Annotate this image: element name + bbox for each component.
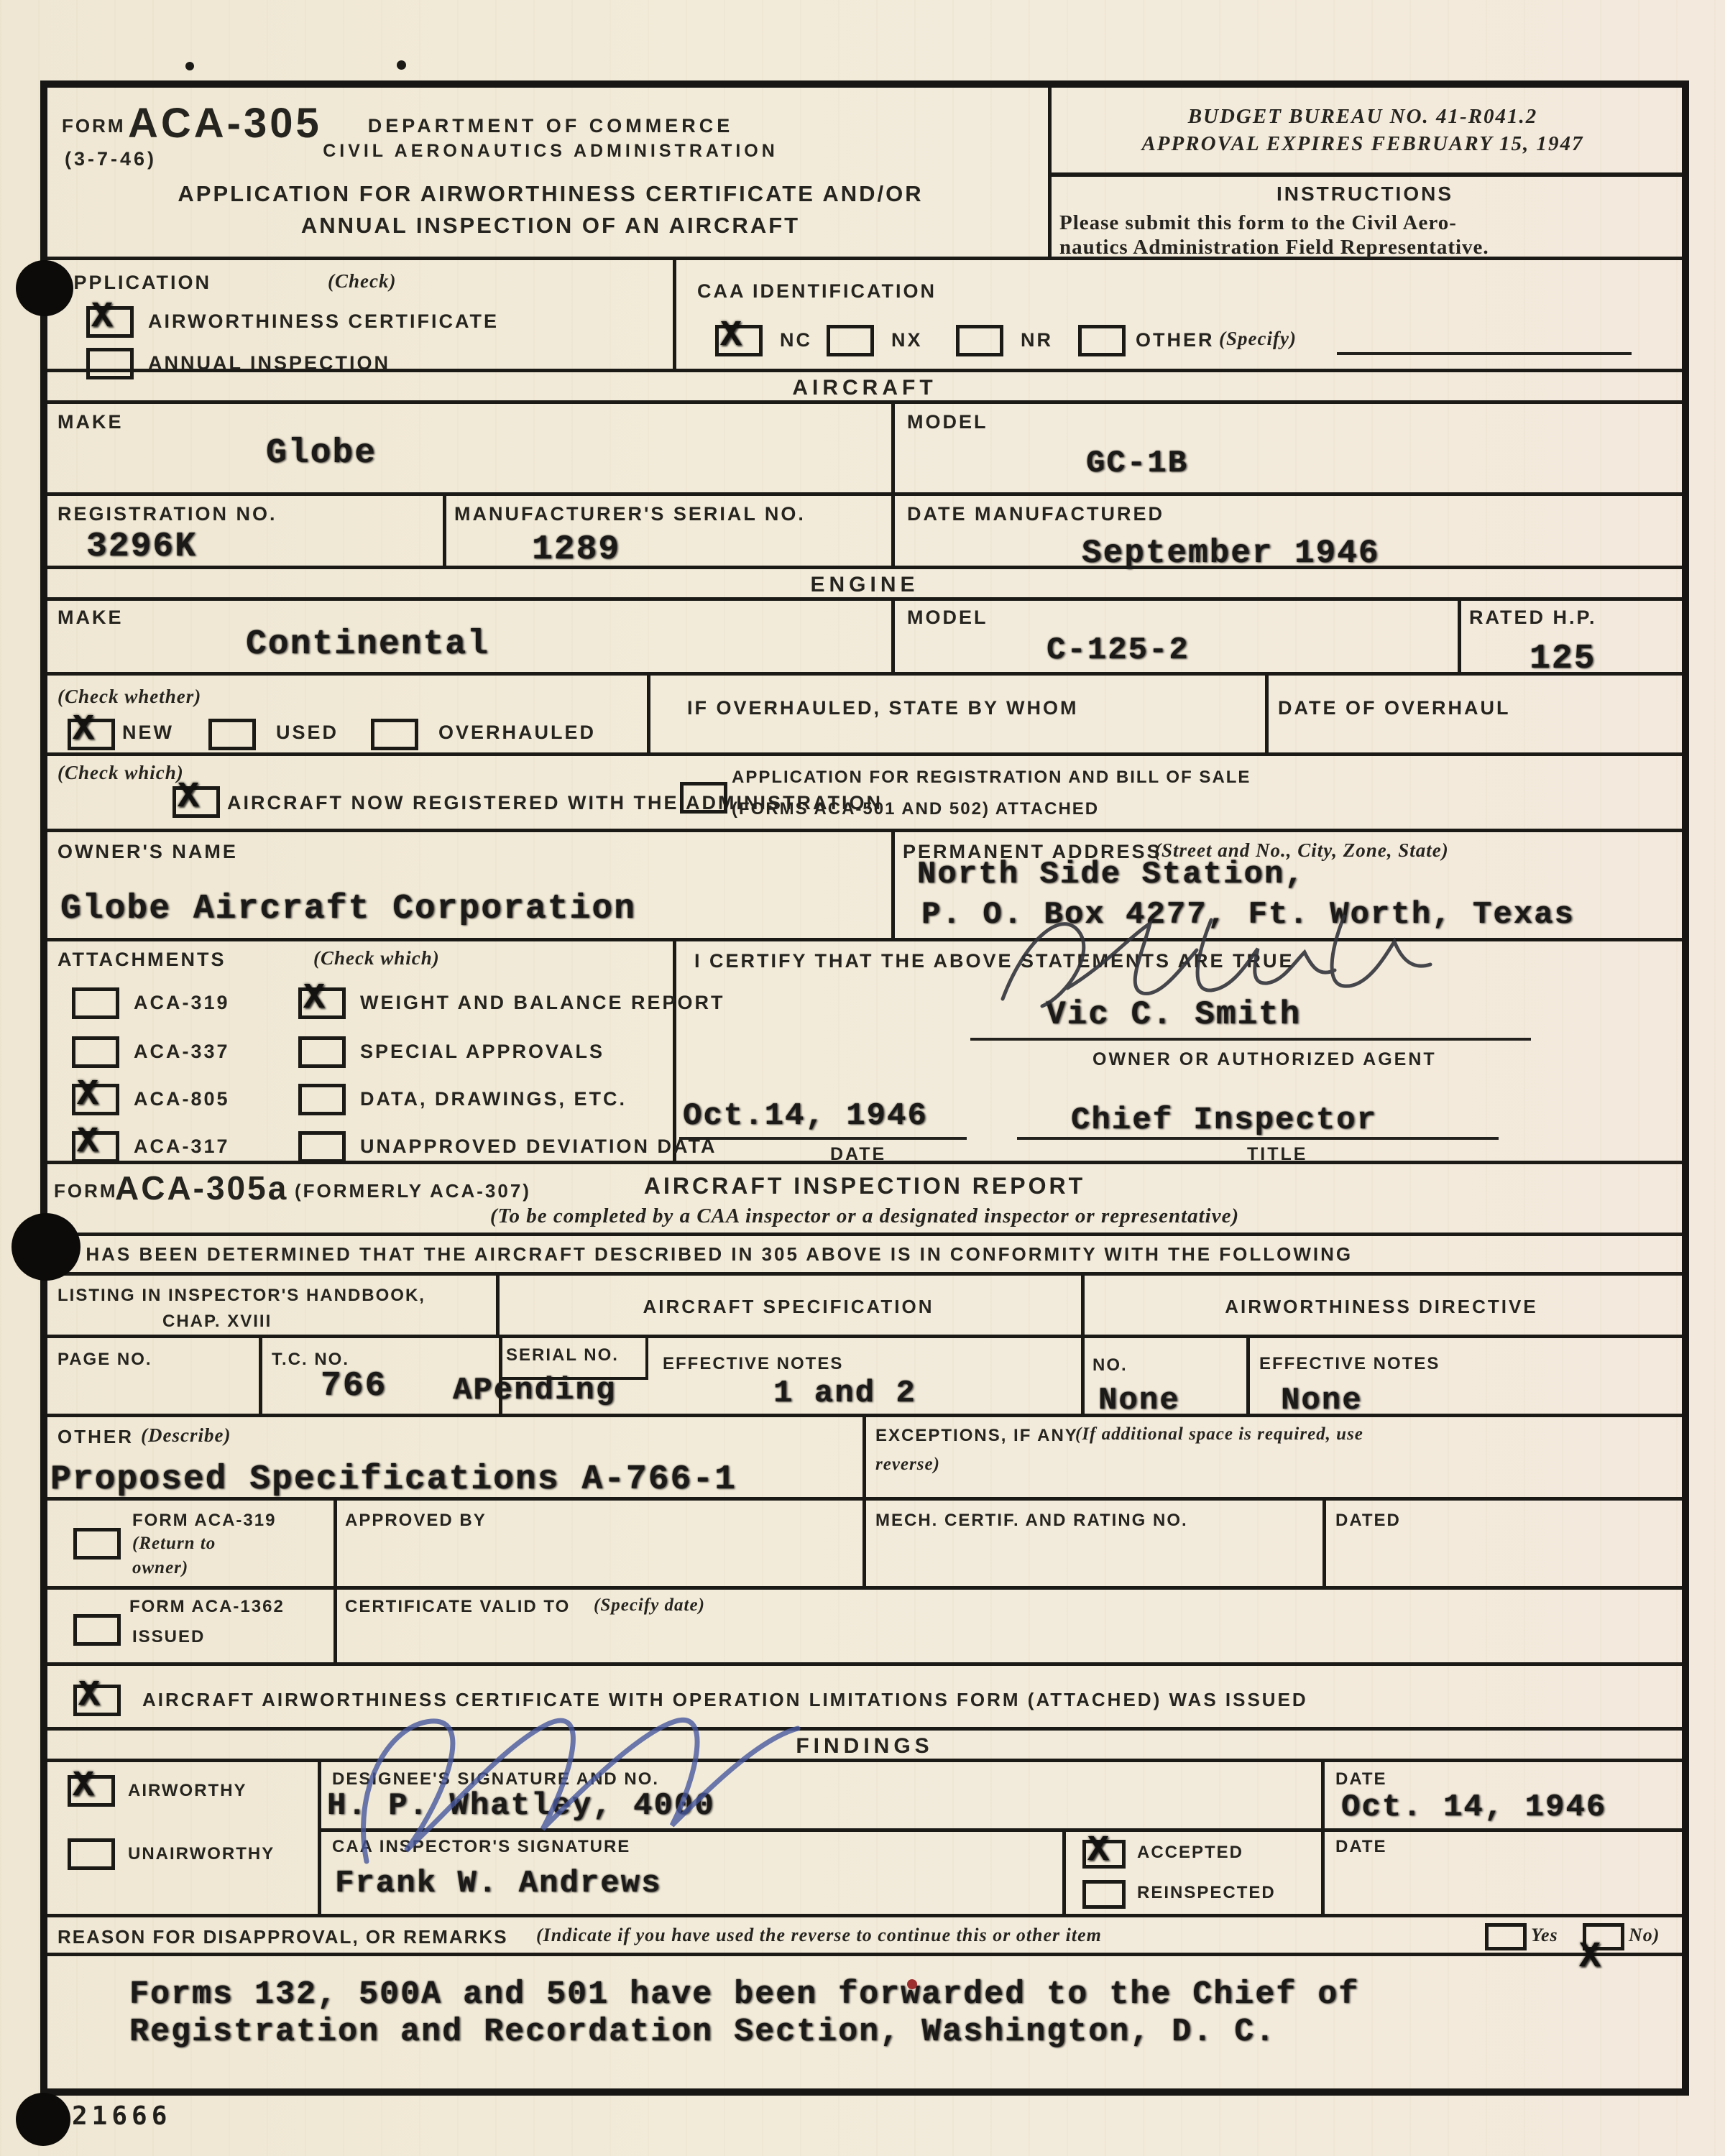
form-aca-1362-label: FORM ACA-1362 <box>129 1597 285 1617</box>
certificate-issued-label: AIRCRAFT AIRWORTHINESS CERTIFICATE WITH … <box>142 1689 1308 1711</box>
divider-line <box>1246 1338 1250 1414</box>
checkbox-special-approvals[interactable] <box>298 1036 346 1068</box>
remarks-line1: Forms 132, 500A and 501 have been forwar… <box>129 1976 1359 2013</box>
aircraft-registration-row: REGISTRATION NO. 3296K MANUFACTURER'S SE… <box>47 496 1682 569</box>
checkbox-form-aca-1362[interactable] <box>73 1614 121 1646</box>
header-row: FORM ACA-305 (3-7-46) DEPARTMENT OF COMM… <box>47 88 1682 260</box>
aca-319-label: ACA-319 <box>134 992 230 1014</box>
engine-make-value: Continental <box>246 625 489 664</box>
page-no-label: PAGE NO. <box>57 1350 152 1370</box>
engine-band-row: ENGINE <box>47 569 1682 601</box>
issued-label: ISSUED <box>132 1627 205 1647</box>
other-describe-label: OTHER <box>57 1426 134 1448</box>
checkbox-mark: X <box>73 709 94 750</box>
divider-line <box>318 1762 321 1914</box>
hole-punch <box>16 260 73 316</box>
remarks-label: REASON FOR DISAPPROVAL, OR REMARKS <box>57 1926 508 1948</box>
accepted-label: ACCEPTED <box>1137 1843 1243 1863</box>
attachments-label: ATTACHMENTS <box>57 949 226 971</box>
date-of-overhaul-label: DATE OF OVERHAUL <box>1278 697 1511 719</box>
application-note: (Check) <box>328 270 396 292</box>
owner-agent-label: OWNER OR AUTHORIZED AGENT <box>1092 1049 1437 1070</box>
directive-no-label: NO. <box>1092 1355 1128 1376</box>
certify-title-label: TITLE <box>1247 1144 1307 1165</box>
findings-date2-label: DATE <box>1335 1837 1387 1857</box>
ink-speck <box>185 62 194 70</box>
unairworthy-label: UNAIRWORTHY <box>128 1844 275 1864</box>
checkbox-bill-of-sale[interactable] <box>680 782 727 814</box>
caa-inspector-signature-value: Frank W. Andrews <box>335 1866 661 1902</box>
signature-line[interactable] <box>970 1038 1531 1041</box>
scanned-form-page: FORM ACA-305 (3-7-46) DEPARTMENT OF COMM… <box>0 0 1725 2156</box>
effective-notes-label: EFFECTIVE NOTES <box>663 1354 843 1374</box>
bill-of-sale-label-line2: (FORMS ACA-501 AND 502) ATTACHED <box>732 799 1099 819</box>
other-describe-note: (Describe) <box>141 1424 231 1447</box>
inspection-report-header-row: FORM ACA-305a (FORMERLY ACA-307) AIRCRAF… <box>47 1164 1682 1236</box>
hole-punch <box>11 1213 80 1281</box>
budget-bureau-no: BUDGET BUREAU NO. 41-R041.2 <box>1054 105 1672 129</box>
other-specify-note: (Specify) <box>1219 328 1297 350</box>
weight-balance-label: WEIGHT AND BALANCE REPORT <box>360 992 725 1014</box>
return-to-note-line1: (Return to <box>132 1534 216 1554</box>
hole-punch <box>16 2093 70 2146</box>
aca-805-label: ACA-805 <box>134 1088 230 1110</box>
reinspected-label: REINSPECTED <box>1137 1883 1276 1903</box>
specify-date-note: (Specify date) <box>594 1595 705 1616</box>
form-border: FORM ACA-305 (3-7-46) DEPARTMENT OF COMM… <box>40 80 1689 2096</box>
other-value: Proposed Specifications A-766-1 <box>50 1460 737 1499</box>
aircraft-make-value: Globe <box>266 434 377 473</box>
engine-model-label: MODEL <box>907 607 988 629</box>
certify-date-label: DATE <box>830 1144 886 1165</box>
listing-header-line1: LISTING IN INSPECTOR'S HANDBOOK, <box>57 1286 425 1306</box>
checkbox-nx[interactable] <box>827 325 874 356</box>
certify-date-value: Oct.14, 1946 <box>683 1098 928 1134</box>
other-row: OTHER (Describe) Proposed Specifications… <box>47 1417 1682 1501</box>
divider-line <box>891 496 895 566</box>
engine-model-value: C-125-2 <box>1046 632 1190 668</box>
certify-title-value: Chief Inspector <box>1071 1102 1377 1138</box>
aircraft-model-label: MODEL <box>907 411 988 433</box>
attachments-certify-row: ATTACHMENTS (Check which) ACA-319 ACA-33… <box>47 941 1682 1164</box>
owners-name-value: Globe Aircraft Corporation <box>60 890 636 929</box>
divider-line <box>891 601 895 672</box>
divider-line <box>333 1590 337 1662</box>
divider-line <box>1322 1501 1326 1586</box>
page-title-line1: APPLICATION FOR AIRWORTHINESS CERTIFICAT… <box>91 181 1011 207</box>
spec-values-row: SERIAL NO. PAGE NO. T.C. NO. 766 APendin… <box>47 1338 1682 1417</box>
data-drawings-label: DATA, DRAWINGS, ETC. <box>360 1088 627 1110</box>
findings-rows: X AIRWORTHY UNAIRWORTHY DESIGNEE'S SIGNA… <box>47 1762 1682 1917</box>
aircraft-model-value: GC-1B <box>1086 446 1188 482</box>
checkbox-nc[interactable]: X <box>715 325 763 356</box>
annual-inspection-label: ANNUAL INSPECTION <box>148 352 390 374</box>
title-line[interactable] <box>1017 1137 1499 1140</box>
divider-line <box>443 496 446 566</box>
check-whether-note: (Check whether) <box>57 686 201 708</box>
divider-line <box>318 1828 1682 1832</box>
divider-line <box>1062 1832 1066 1914</box>
checkbox-aca-317[interactable]: X <box>72 1131 119 1163</box>
checkbox-form-aca-319[interactable] <box>73 1528 121 1560</box>
divider-line <box>1081 1338 1085 1414</box>
manufacturers-serial-value: 1289 <box>532 530 620 569</box>
exceptions-label: EXCEPTIONS, IF ANY <box>875 1426 1078 1446</box>
checkbox-registered[interactable]: X <box>172 786 220 818</box>
rated-hp-label: RATED H.P. <box>1469 607 1597 629</box>
findings-date-label: DATE <box>1335 1769 1387 1789</box>
checkbox-unairworthy[interactable] <box>68 1838 115 1870</box>
date-manufactured-value: September 1946 <box>1082 535 1379 572</box>
aca-319-row: FORM ACA-319 (Return to owner) APPROVED … <box>47 1501 1682 1590</box>
determination-text: IT HAS BEEN DETERMINED THAT THE AIRCRAFT… <box>57 1243 1353 1266</box>
department-line: DEPARTMENT OF COMMERCE <box>263 115 838 137</box>
listing-header-line2: CHAP. XVIII <box>162 1312 272 1332</box>
effective-notes-value: 1 and 2 <box>773 1376 916 1411</box>
spec-serial-value: APending <box>453 1373 616 1409</box>
checkbox-mark: X <box>303 978 325 1019</box>
checkbox-mark: X <box>77 1074 98 1115</box>
designee-signature-label: DESIGNEE'S SIGNATURE AND NO. <box>332 1769 659 1789</box>
checkbox-remarks-no[interactable]: X <box>1583 1923 1624 1950</box>
aca-317-label: ACA-317 <box>134 1135 230 1158</box>
other-specify-line[interactable] <box>1337 352 1632 355</box>
checkbox-aca-319[interactable] <box>72 987 119 1019</box>
exceptions-note-line1: (If additional space is required, use <box>1075 1424 1363 1445</box>
checkbox-weight-balance[interactable]: X <box>298 987 346 1019</box>
checkbox-mark: X <box>720 315 742 356</box>
spec-header-row: LISTING IN INSPECTOR'S HANDBOOK, CHAP. X… <box>47 1276 1682 1338</box>
divider-line <box>862 1501 866 1586</box>
remarks-yes-label: Yes <box>1531 1925 1558 1946</box>
checkbox-other[interactable] <box>1078 325 1126 356</box>
owner-row: OWNER'S NAME Globe Aircraft Corporation … <box>47 832 1682 941</box>
divider-line <box>333 1501 337 1586</box>
aca-337-label: ACA-337 <box>134 1041 230 1063</box>
divider-line <box>673 260 676 369</box>
unapproved-deviation-label: UNAPPROVED DEVIATION DATA <box>360 1135 717 1158</box>
checkbox-mark: X <box>1087 1830 1109 1871</box>
form-number-label: FORM <box>62 115 126 137</box>
tc-no-value: 766 <box>321 1367 387 1406</box>
date-manufactured-label: DATE MANUFACTURED <box>907 503 1164 525</box>
engine-section-title: ENGINE <box>47 573 1682 597</box>
exceptions-note-line2: reverse) <box>875 1455 940 1475</box>
application-label: APPLICATION <box>57 272 211 294</box>
aircraft-make-label: MAKE <box>57 411 124 433</box>
remarks-note: (Indicate if you have used the reverse t… <box>536 1925 1102 1946</box>
checkbox-accepted[interactable]: X <box>1082 1840 1126 1869</box>
findings-section-title: FINDINGS <box>47 1734 1682 1759</box>
used-label: USED <box>276 722 339 744</box>
registration-no-label: REGISTRATION NO. <box>57 503 277 525</box>
form-revision: (3-7-46) <box>65 148 157 170</box>
divider-line <box>647 676 650 752</box>
divider-line <box>891 832 895 938</box>
owners-name-label: OWNER'S NAME <box>57 841 238 863</box>
form-aca-319-label: FORM ACA-319 <box>132 1511 276 1531</box>
nr-label: NR <box>1021 329 1053 351</box>
caa-inspector-signature-label: CAA INSPECTOR'S SIGNATURE <box>332 1837 630 1857</box>
checkbox-overhauled[interactable] <box>371 719 418 750</box>
certificate-issued-row: X AIRCRAFT AIRWORTHINESS CERTIFICATE WIT… <box>47 1666 1682 1731</box>
if-overhauled-label: IF OVERHAULED, STATE BY WHOM <box>687 697 1079 719</box>
checkbox-reinspected[interactable] <box>1082 1880 1126 1909</box>
checkbox-unapproved-deviation[interactable] <box>298 1131 346 1163</box>
certificate-valid-to-label: CERTIFICATE VALID TO <box>345 1597 570 1617</box>
registration-no-value: 3296K <box>86 528 197 566</box>
checkbox-remarks-yes[interactable] <box>1485 1923 1527 1950</box>
findings-date-value: Oct. 14, 1946 <box>1341 1789 1606 1825</box>
engine-make-row: MAKE Continental MODEL C-125-2 RATED H.P… <box>47 601 1682 676</box>
divider-line <box>891 404 895 492</box>
ink-speck <box>397 60 406 70</box>
checkbox-new[interactable]: X <box>68 719 115 750</box>
caa-identification-label: CAA IDENTIFICATION <box>697 280 937 303</box>
checkbox-mark: X <box>77 1122 98 1163</box>
remarks-band-row: REASON FOR DISAPPROVAL, OR REMARKS (Indi… <box>47 1917 1682 1956</box>
agency-line: CIVIL AERONAUTICS ADMINISTRATION <box>263 141 838 162</box>
aircraft-band-row: AIRCRAFT <box>47 372 1682 404</box>
directive-notes-value: None <box>1281 1383 1363 1419</box>
divider-line <box>1321 1762 1325 1914</box>
directive-no-value: None <box>1098 1383 1180 1419</box>
instructions-line1: Please submit this form to the Civil Aer… <box>1059 211 1457 235</box>
checkbox-mark: X <box>178 777 199 818</box>
checkbox-nr[interactable] <box>956 325 1003 356</box>
directive-notes-label: EFFECTIVE NOTES <box>1259 1354 1440 1374</box>
page-title-line2: ANNUAL INSPECTION OF AN AIRCRAFT <box>91 213 1011 239</box>
new-label: NEW <box>122 722 174 744</box>
approval-expires: APPROVAL EXPIRES FEBRUARY 15, 1947 <box>1054 132 1672 156</box>
aircraft-specification-header: AIRCRAFT SPECIFICATION <box>496 1296 1081 1318</box>
divider-line <box>673 941 676 1161</box>
certify-typed-name: Vic C. Smith <box>1046 996 1301 1033</box>
return-to-note-line2: owner) <box>132 1558 188 1578</box>
address-line2: P. O. Box 4277, Ft. Worth, Texas <box>921 897 1575 933</box>
mech-certif-label: MECH. CERTIF. AND RATING NO. <box>875 1511 1188 1531</box>
airworthy-label: AIRWORTHY <box>128 1781 247 1801</box>
divider-line <box>1048 172 1682 177</box>
certify-statement: I CERTIFY THAT THE ABOVE STATEMENTS ARE … <box>694 950 1294 972</box>
manufacturers-serial-label: MANUFACTURER'S SERIAL NO. <box>454 503 806 525</box>
bill-of-sale-label-line1: APPLICATION FOR REGISTRATION AND BILL OF… <box>732 768 1251 788</box>
registration-status-row: (Check which) X AIRCRAFT NOW REGISTERED … <box>47 756 1682 832</box>
designee-signature-value: H. P. Whatley, 4000 <box>327 1788 715 1824</box>
inspection-report-title: AIRCRAFT INSPECTION REPORT <box>47 1173 1682 1199</box>
checkbox-aca-805[interactable]: X <box>72 1084 119 1115</box>
divider-line <box>1458 601 1461 672</box>
inspection-report-subtitle: (To be completed by a CAA inspector or a… <box>47 1204 1682 1228</box>
checkbox-aca-337[interactable] <box>72 1036 119 1068</box>
checkbox-airworthy[interactable]: X <box>68 1775 115 1807</box>
determination-row: IT HAS BEEN DETERMINED THAT THE AIRCRAFT… <box>47 1236 1682 1276</box>
divider-line <box>1265 676 1269 752</box>
attachments-note: (Check which) <box>313 947 440 969</box>
serial-no-label: SERIAL NO. <box>506 1345 619 1365</box>
nc-label: NC <box>780 329 812 351</box>
overhauled-label: OVERHAULED <box>438 722 596 744</box>
remarks-body: Forms 132, 500A and 501 have been forwar… <box>47 1956 1682 2088</box>
airworthiness-directive-header: AIRWORTHINESS DIRECTIVE <box>1081 1296 1682 1318</box>
checkbox-mark: X <box>73 1766 94 1807</box>
checkbox-used[interactable] <box>208 719 256 750</box>
dated-label: DATED <box>1335 1511 1401 1531</box>
divider-line <box>259 1338 262 1414</box>
nx-label: NX <box>891 329 923 351</box>
findings-band-row: FINDINGS <box>47 1731 1682 1762</box>
checkbox-certificate-issued[interactable]: X <box>73 1685 121 1716</box>
checkbox-mark: X <box>78 1675 100 1716</box>
remarks-no-label: No) <box>1629 1925 1660 1946</box>
instructions-title: INSTRUCTIONS <box>1048 183 1682 206</box>
checkbox-mark: X <box>91 297 113 338</box>
airworthiness-certificate-label: AIRWORTHINESS CERTIFICATE <box>148 310 499 333</box>
rated-hp-value: 125 <box>1529 640 1596 678</box>
application-row: APPLICATION (Check) X AIRWORTHINESS CERT… <box>47 260 1682 372</box>
instructions-line2: nautics Administration Field Representat… <box>1059 236 1489 259</box>
other-label: OTHER <box>1136 329 1215 351</box>
address-line1: North Side Station, <box>917 857 1305 893</box>
aircraft-make-row: MAKE Globe MODEL GC-1B <box>47 404 1682 496</box>
special-approvals-label: SPECIAL APPROVALS <box>360 1041 604 1063</box>
approved-by-label: APPROVED BY <box>345 1511 487 1531</box>
checkbox-data-drawings[interactable] <box>298 1084 346 1115</box>
serial-stamp: 21666 <box>72 2101 171 2131</box>
divider-line <box>862 1417 866 1497</box>
aca-1362-row: FORM ACA-1362 ISSUED CERTIFICATE VALID T… <box>47 1590 1682 1666</box>
remarks-line2: Registration and Recordation Section, Wa… <box>129 2014 1276 2050</box>
date-line[interactable] <box>679 1137 967 1140</box>
engine-make-label: MAKE <box>57 607 124 629</box>
engine-condition-row: (Check whether) X NEW USED OVERHAULED IF… <box>47 676 1682 756</box>
aircraft-section-title: AIRCRAFT <box>47 376 1682 400</box>
checkbox-airworthiness-certificate[interactable]: X <box>86 306 134 338</box>
check-which-note: (Check which) <box>57 762 184 784</box>
red-speck <box>907 1979 917 1989</box>
